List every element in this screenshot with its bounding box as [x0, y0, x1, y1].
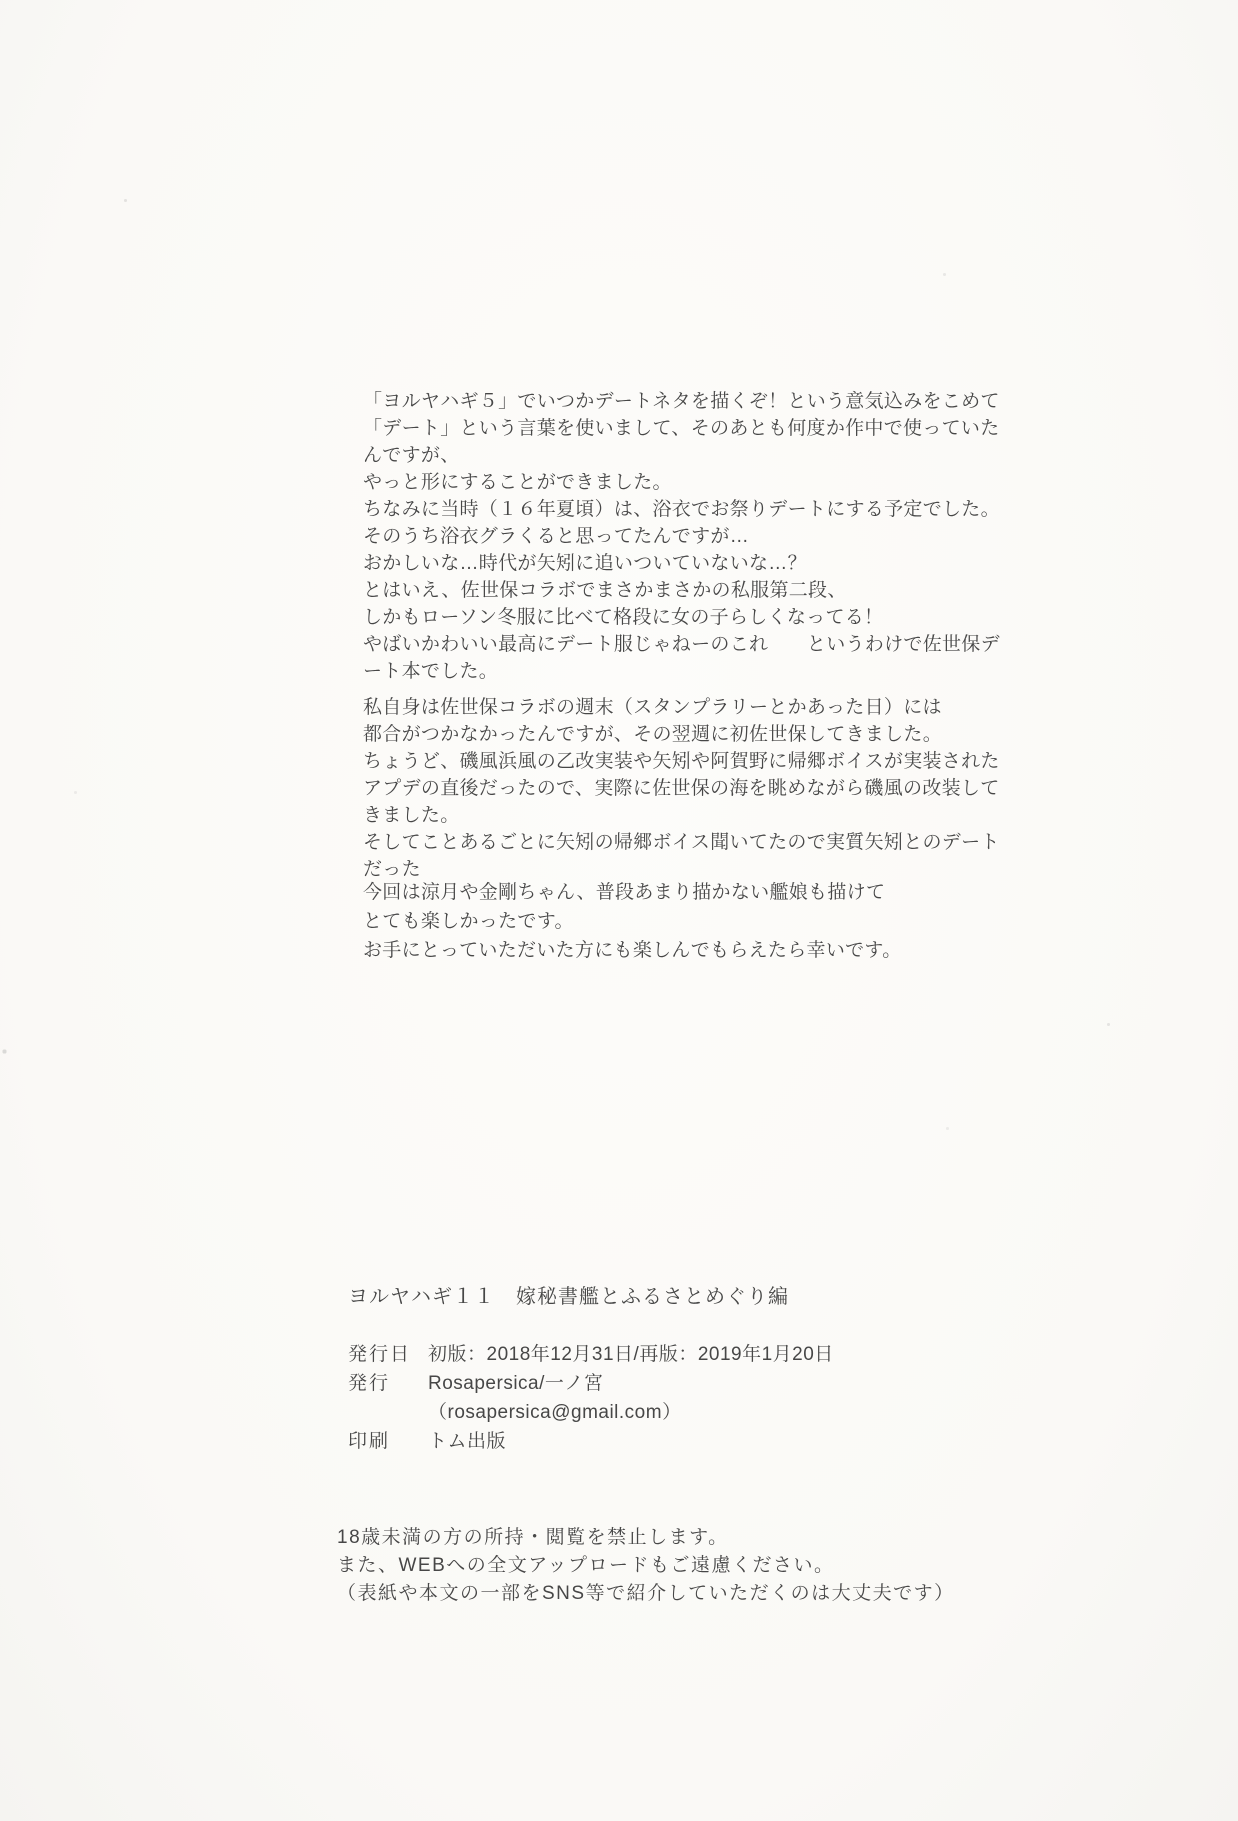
colophon-row-contact-email: （rosapersica@gmail.com） [348, 1398, 834, 1427]
colophon: 発行日 初版：2018年12月31日/再版：2019年1月20日 発行 Rosa… [348, 1340, 834, 1456]
publisher-value: Rosapersica/一ノ宮 [428, 1369, 603, 1398]
contact-email-value: （rosapersica@gmail.com） [428, 1398, 682, 1427]
scanned-afterword-page: 「ヨルヤハギ５」でいつかデートネタを描くぞ！という意気込みをこめて 「デート」と… [0, 0, 1238, 1821]
afterword-paragraph-2: 私自身は佐世保コラボの週末（スタンプラリーとかあった日）には 都合がつかなかった… [363, 694, 1003, 883]
age-restriction-notice: 18歳未満の方の所持・閲覧を禁止します。 また、WEBへの全文アップロードもご遠… [337, 1524, 977, 1608]
colophon-row-publisher: 発行 Rosapersica/一ノ宮 [348, 1369, 834, 1398]
printer-label: 印刷 [348, 1427, 428, 1456]
book-title: ヨルヤハギ１１ 嫁秘書艦とふるさとめぐり編 [348, 1280, 789, 1309]
scan-dust-specks [0, 0, 1, 1]
publish-date-label: 発行日 [348, 1340, 428, 1369]
publisher-label: 発行 [348, 1369, 428, 1398]
afterword-paragraph-3: 今回は涼月や金剛ちゃん、普段あまり描かない艦娘も描けて とても楽しかったです。 … [363, 878, 1003, 965]
afterword-paragraph-1: 「ヨルヤハギ５」でいつかデートネタを描くぞ！という意気込みをこめて 「デート」と… [363, 388, 1003, 685]
printer-value: トム出版 [428, 1427, 506, 1456]
email-label-spacer [348, 1398, 428, 1427]
colophon-row-printer: 印刷 トム出版 [348, 1427, 834, 1456]
colophon-row-publish-date: 発行日 初版：2018年12月31日/再版：2019年1月20日 [348, 1340, 834, 1369]
publish-date-value: 初版：2018年12月31日/再版：2019年1月20日 [428, 1340, 834, 1369]
